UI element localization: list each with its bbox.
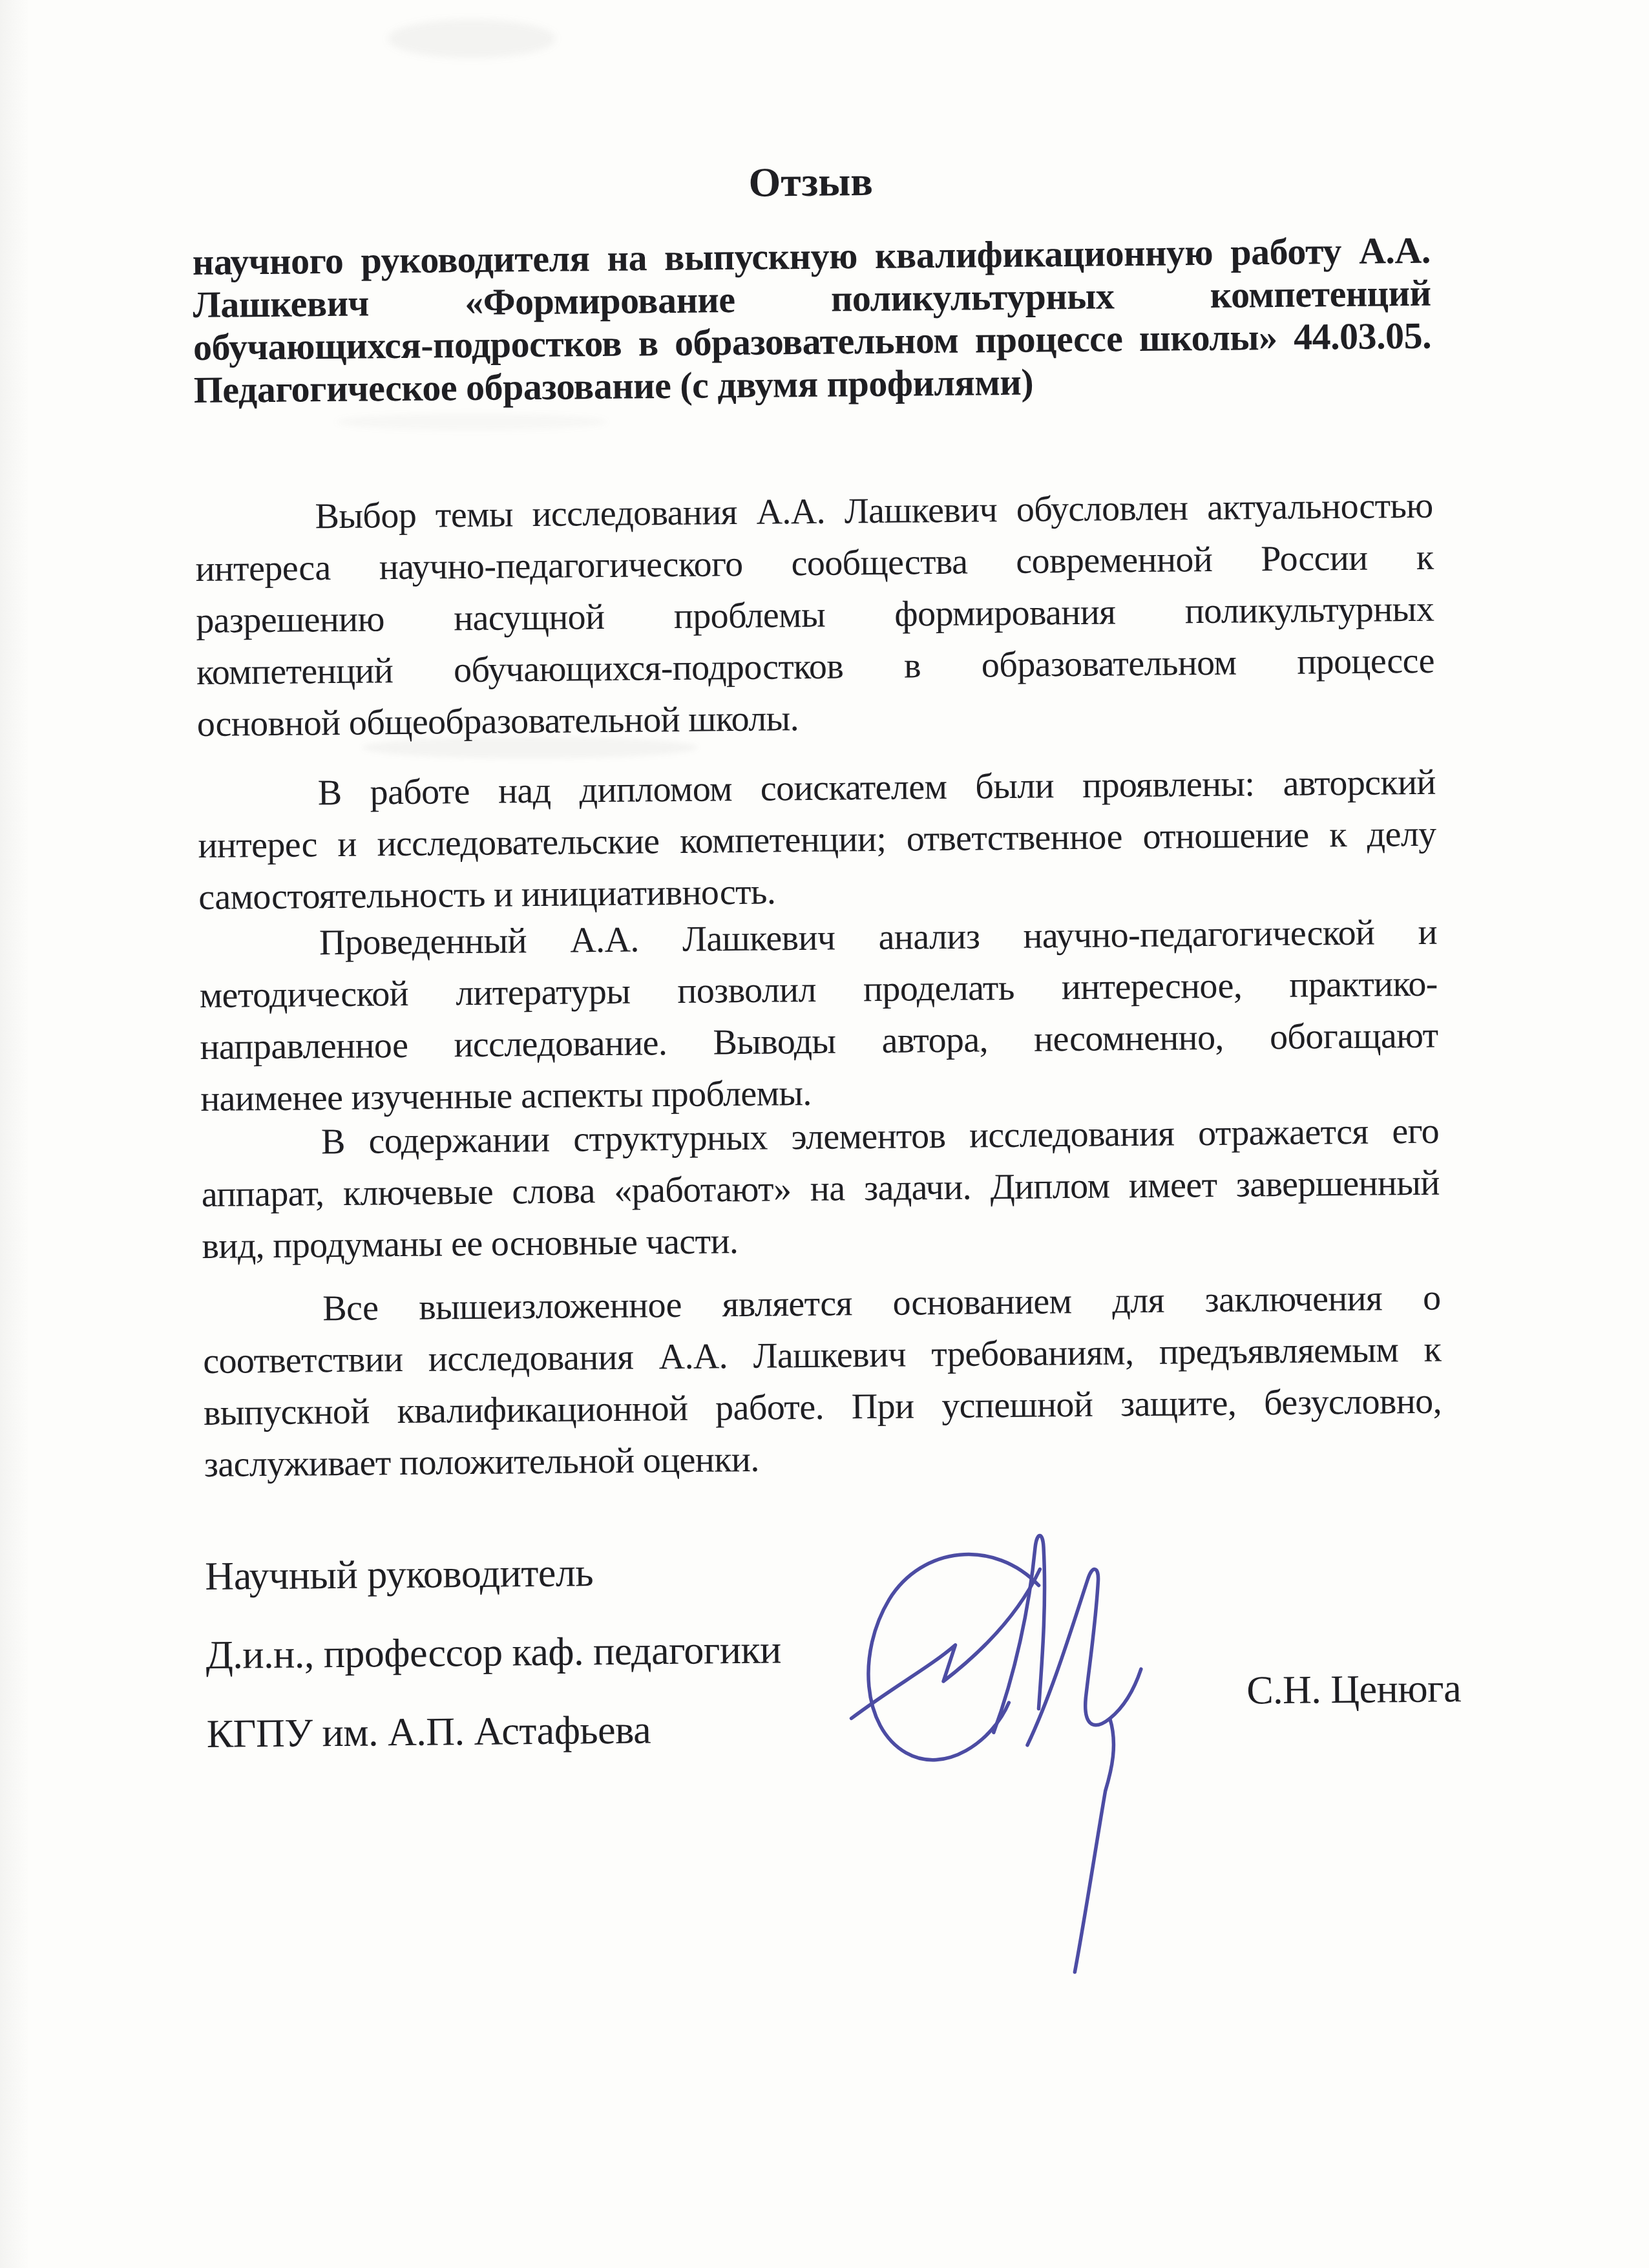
signature-role-line: Научный руководитель (205, 1526, 1444, 1616)
signer-name: С.Н. Ценюга (1246, 1668, 1461, 1710)
paragraph-4: В содержании структурных элементов иссле… (201, 1106, 1440, 1272)
signature-ink-icon (832, 1510, 1175, 1994)
paragraph-1: Выбор темы исследования А.А. Лашкевич об… (194, 480, 1435, 750)
document-content: Отзыв научного руководителя на выпускную… (0, 0, 1649, 2268)
signature-block: Научный руководитель Д.и.н., профессор к… (205, 1526, 1445, 1774)
review-document-page: Отзыв научного руководителя на выпускную… (0, 0, 1649, 2268)
document-subject-header: научного руководителя на выпускную квали… (193, 229, 1432, 412)
document-title: Отзыв (191, 156, 1430, 209)
paragraph-line: заслуживает положительной оценки. (204, 1427, 1442, 1491)
paragraph-line: вид, продуманы ее основные части. (202, 1209, 1440, 1272)
paragraph-2: В работе над дипломом соискателем были п… (197, 757, 1436, 923)
paragraph-3: Проведенный А.А. Лашкевич анализ научно-… (199, 907, 1439, 1125)
handwritten-signature (832, 1510, 1175, 1994)
paragraph-5: Все вышеизложенное является основанием д… (202, 1272, 1442, 1491)
paragraph-line: основной общеобразовательной школы. (196, 687, 1435, 750)
